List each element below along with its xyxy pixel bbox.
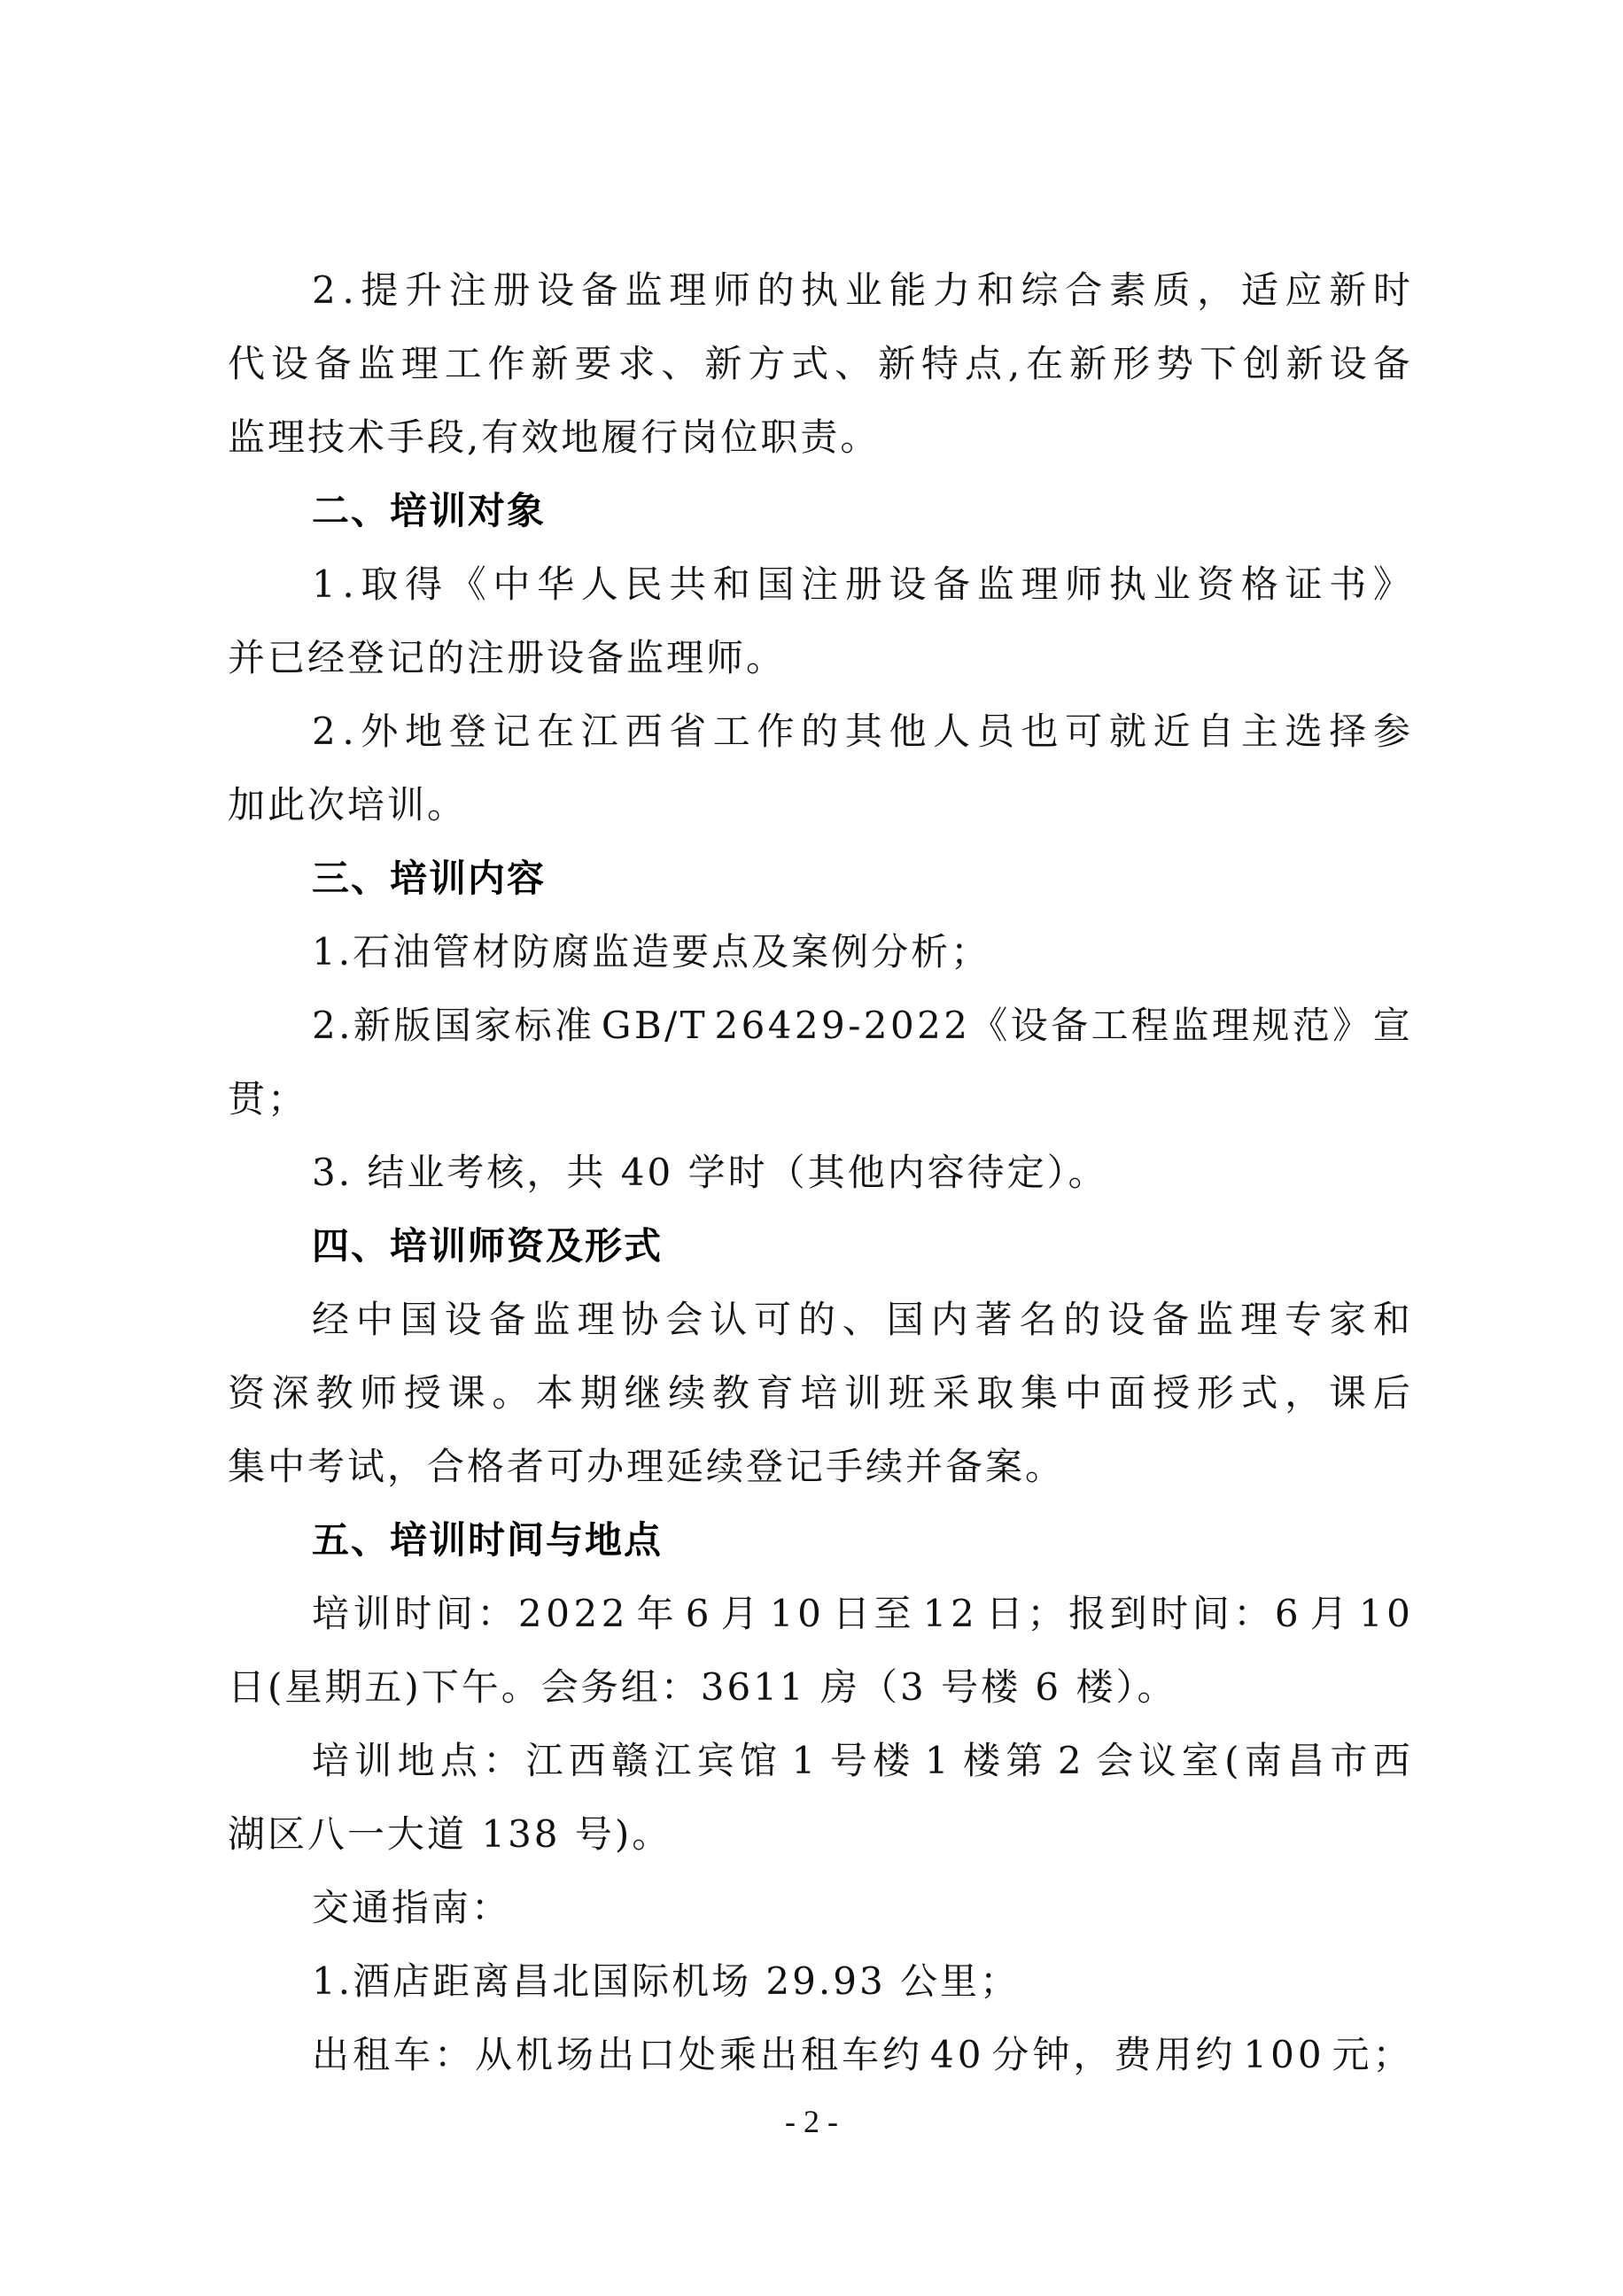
glyph: 专 xyxy=(1285,1295,1322,1345)
glyph: 国 xyxy=(400,1295,438,1345)
glyph xyxy=(1302,1589,1306,1639)
glyph: 备 xyxy=(1373,339,1410,389)
paragraph-line: 集中考试，合格者可办理延续登记手续并备案。 xyxy=(228,1442,1410,1492)
paragraph-line: 并已经登记的注册设备监理师。 xyxy=(228,633,1410,683)
glyph: 也 xyxy=(1021,707,1058,756)
glyph: 省 xyxy=(669,707,706,756)
paragraph-line: 2.提升注册设备监理师的执业能力和综合素质，适应新时 xyxy=(312,266,1410,315)
glyph: 2 xyxy=(312,707,336,756)
glyph: 设 xyxy=(1107,1295,1145,1345)
glyph: ： xyxy=(483,1736,520,1786)
glyph: 0 xyxy=(1386,1589,1410,1639)
glyph: 元 xyxy=(1332,2030,1370,2080)
glyph: 理 xyxy=(577,1295,614,1345)
glyph: 号 xyxy=(830,1736,867,1786)
glyph: 西 xyxy=(569,1736,606,1786)
glyph: 2 xyxy=(312,266,336,315)
glyph: 格 xyxy=(1241,560,1278,609)
paragraph-line: 2.外地登记在江西省工作的其他人员也可就近自主选择参 xyxy=(312,707,1410,756)
glyph: 在 xyxy=(1026,339,1063,389)
glyph: 议 xyxy=(1138,1736,1176,1786)
glyph: 江 xyxy=(581,707,618,756)
glyph: 自 xyxy=(1197,707,1234,756)
section-heading-training-targets: 二、培训对象 xyxy=(312,486,1410,536)
glyph: 9 xyxy=(821,1001,845,1051)
glyph: 设 xyxy=(445,1295,482,1345)
glyph: 设 xyxy=(271,339,308,389)
glyph: 1 xyxy=(925,1736,949,1786)
glyph: 续 xyxy=(668,1369,705,1418)
glyph: 提 xyxy=(361,266,398,315)
paragraph-line: 湖区八一大道 138 号)。 xyxy=(228,1810,1410,1859)
glyph: 第 xyxy=(1006,1736,1043,1786)
glyph: 规 xyxy=(1252,1001,1289,1051)
glyph: 合 xyxy=(1065,266,1102,315)
glyph: 记 xyxy=(493,707,530,756)
glyph: 素 xyxy=(1109,266,1146,315)
glyph: 资 xyxy=(228,1369,265,1418)
glyph: 报 xyxy=(1068,1589,1106,1639)
glyph: ： xyxy=(1233,1589,1270,1639)
glyph: 6 xyxy=(742,1001,765,1051)
glyph: 业 xyxy=(1153,560,1191,609)
glyph: 课 xyxy=(448,1369,485,1418)
glyph: ( xyxy=(1224,1736,1239,1786)
glyph: 版 xyxy=(393,1001,431,1051)
glyph xyxy=(594,1001,598,1051)
glyph: 2 xyxy=(864,1001,888,1051)
section-heading-training-content: 三、培训内容 xyxy=(312,854,1410,904)
paragraph-line: 代设备监理工作新要求、新方式、新特点,在新形势下创新设备 xyxy=(228,339,1410,389)
glyph: 1 xyxy=(312,560,336,609)
glyph: 处 xyxy=(679,2030,716,2080)
glyph: 约 xyxy=(882,2030,920,2080)
glyph: 择 xyxy=(1329,707,1366,756)
glyph: ， xyxy=(1285,1369,1322,1418)
glyph: 取 xyxy=(976,1369,1013,1418)
glyph: 乘 xyxy=(719,2030,757,2080)
glyph: 训 xyxy=(353,1589,391,1639)
glyph xyxy=(1351,1589,1355,1639)
glyph: ； xyxy=(1027,1589,1064,1639)
glyph: 2 xyxy=(951,1589,975,1639)
glyph: 新 xyxy=(353,1001,391,1051)
glyph: 日 xyxy=(833,1589,870,1639)
glyph: / xyxy=(664,1001,677,1051)
glyph: 工 xyxy=(1091,1001,1129,1051)
glyph: 西 xyxy=(625,707,662,756)
glyph: 升 xyxy=(405,266,442,315)
glyph: 人 xyxy=(581,560,618,609)
glyph: 1 xyxy=(1359,1589,1383,1639)
glyph: - xyxy=(848,1001,860,1051)
glyph: 选 xyxy=(1285,707,1323,756)
glyph: 中 xyxy=(493,560,530,609)
glyph: 登 xyxy=(449,707,486,756)
glyph: 授 xyxy=(1153,1369,1190,1418)
glyph: 4 xyxy=(768,1001,792,1051)
glyph: 1 xyxy=(923,1589,947,1639)
glyph: 备 xyxy=(315,339,352,389)
glyph: 理 xyxy=(401,339,439,389)
paragraph-line: 加此次培训。 xyxy=(228,780,1410,830)
glyph: 的 xyxy=(757,266,794,315)
glyph: 著 xyxy=(975,1295,1013,1345)
glyph: 和 xyxy=(713,560,750,609)
section-heading-time-location: 五、培训时间与地点 xyxy=(312,1516,1410,1565)
glyph: 综 xyxy=(1021,266,1058,315)
glyph: 用 xyxy=(1154,2030,1192,2080)
glyph xyxy=(678,1589,681,1639)
glyph: 质 xyxy=(1153,266,1191,315)
glyph: 教 xyxy=(315,1369,353,1418)
glyph: 监 xyxy=(977,560,1014,609)
glyph: 0 xyxy=(797,1589,821,1639)
glyph: 租 xyxy=(353,2030,390,2080)
glyph: . xyxy=(338,1001,350,1051)
paragraph-line: 培训地点：江西赣江宾馆 1 号楼 1 楼第 2 会议室(南昌市西 xyxy=(312,1736,1410,1786)
glyph: 钟 xyxy=(1032,2030,1069,2080)
glyph: 2 xyxy=(518,1589,542,1639)
glyph: G xyxy=(602,1001,632,1051)
glyph: 时 xyxy=(1151,1589,1188,1639)
glyph: 班 xyxy=(889,1369,926,1418)
paragraph-line: 3. 结业考核，共 40 学时（其他内容待定）。 xyxy=(312,1148,1410,1198)
glyph: 中 xyxy=(1065,1369,1102,1418)
paragraph-line: 经中国设备监理协会认可的、国内著名的设备监理专家和 xyxy=(312,1295,1410,1345)
glyph: 得 xyxy=(405,560,442,609)
glyph: 执 xyxy=(1109,560,1146,609)
glyph: 理 xyxy=(669,266,706,315)
glyph: 协 xyxy=(621,1295,658,1345)
glyph: 民 xyxy=(625,560,662,609)
glyph: 外 xyxy=(361,707,398,756)
glyph xyxy=(915,1589,919,1639)
glyph: 员 xyxy=(977,707,1014,756)
paragraph-line: 日(星期五)下午。会务组：3611 房（3 号楼 6 楼）。 xyxy=(228,1663,1410,1712)
glyph: 0 xyxy=(546,1589,570,1639)
glyph: 出 xyxy=(760,2030,797,2080)
glyph: 深 xyxy=(272,1369,309,1418)
glyph: 准 xyxy=(555,1001,592,1051)
glyph: 备 xyxy=(489,1295,526,1345)
glyph: 适 xyxy=(1241,266,1278,315)
glyph: 代 xyxy=(228,339,265,389)
glyph: 册 xyxy=(845,560,882,609)
glyph: 后 xyxy=(1373,1369,1410,1418)
glyph: 监 xyxy=(1196,1295,1233,1345)
glyph: 年 xyxy=(637,1589,674,1639)
glyph: 会 xyxy=(665,1295,703,1345)
glyph: 业 xyxy=(845,266,882,315)
glyph: 作 xyxy=(488,339,525,389)
glyph: 要 xyxy=(575,339,612,389)
glyph: 。 xyxy=(492,1369,529,1418)
glyph: 注 xyxy=(449,266,486,315)
glyph: 理 xyxy=(1212,1001,1249,1051)
glyph: 他 xyxy=(889,707,926,756)
glyph: 创 xyxy=(1243,339,1280,389)
glyph: 2 xyxy=(917,1001,941,1051)
glyph xyxy=(1236,2030,1239,2080)
paragraph-line: 资深教师授课。本期继续教育培训班采取集中面授形式，课后 xyxy=(228,1369,1410,1418)
glyph xyxy=(984,2030,988,2080)
glyph xyxy=(954,1736,958,1786)
glyph: 出 xyxy=(597,2030,634,2080)
glyph: 监 xyxy=(533,1295,571,1345)
glyph: 0 xyxy=(1270,2030,1294,2080)
glyph: 家 xyxy=(474,1001,511,1051)
glyph: 从 xyxy=(475,2030,512,2080)
glyph: 的 xyxy=(1063,1295,1100,1345)
glyph: , xyxy=(1008,339,1020,389)
glyph: 方 xyxy=(748,339,785,389)
glyph: 形 xyxy=(1113,339,1150,389)
glyph: 出 xyxy=(312,2030,349,2080)
glyph xyxy=(1087,1736,1091,1786)
glyph: 会 xyxy=(1096,1736,1133,1786)
glyph: T xyxy=(680,1001,705,1051)
glyph: 师 xyxy=(1065,560,1102,609)
glyph: 设 xyxy=(1011,1001,1048,1051)
glyph: 形 xyxy=(1197,1369,1234,1418)
glyph: 南 xyxy=(1245,1736,1282,1786)
glyph: 理 xyxy=(1021,560,1058,609)
glyph: 就 xyxy=(1109,707,1146,756)
glyph: 间 xyxy=(1192,1589,1230,1639)
glyph: 2 xyxy=(312,1001,336,1051)
glyph: 设 xyxy=(889,560,926,609)
glyph: 、 xyxy=(843,1295,880,1345)
glyph: 工 xyxy=(713,707,750,756)
glyph: 国 xyxy=(434,1001,471,1051)
glyph: 近 xyxy=(1153,707,1191,756)
glyph: 分 xyxy=(991,2030,1029,2080)
glyph: 《 xyxy=(449,560,486,609)
glyph: ， xyxy=(1197,266,1234,315)
glyph: 地 xyxy=(405,707,442,756)
glyph: 程 xyxy=(1131,1001,1169,1051)
glyph: 范 xyxy=(1293,1001,1330,1051)
glyph: 国 xyxy=(757,560,794,609)
glyph: 新 xyxy=(1286,339,1324,389)
glyph: 新 xyxy=(1069,339,1107,389)
glyph: 能 xyxy=(889,266,926,315)
glyph: 师 xyxy=(360,1369,397,1418)
glyph: 育 xyxy=(757,1369,794,1418)
glyph: 册 xyxy=(493,266,530,315)
glyph: 训 xyxy=(844,1369,881,1418)
glyph: 间 xyxy=(436,1589,473,1639)
glyph: 、 xyxy=(661,339,698,389)
glyph: 其 xyxy=(845,707,882,756)
glyph: 求 xyxy=(617,339,655,389)
glyph: 2 xyxy=(795,1001,819,1051)
glyph: 6 xyxy=(686,1589,710,1639)
glyph: 资 xyxy=(1197,560,1234,609)
glyph: 证 xyxy=(1285,560,1323,609)
glyph: 机 xyxy=(516,2030,553,2080)
glyph: 6 xyxy=(1275,1589,1299,1639)
glyph: 式 xyxy=(791,339,828,389)
glyph: 集 xyxy=(1021,1369,1058,1418)
glyph: 课 xyxy=(1329,1369,1366,1418)
glyph xyxy=(821,1736,825,1786)
glyph: 华 xyxy=(537,560,574,609)
glyph: 新 xyxy=(878,339,915,389)
glyph: 市 xyxy=(1330,1736,1367,1786)
glyph: 力 xyxy=(933,266,970,315)
glyph: 执 xyxy=(801,266,838,315)
glyph: 可 xyxy=(754,1295,791,1345)
paragraph-line: 1.取得《中华人民共和国注册设备监理师执业资格证书》 xyxy=(312,560,1410,609)
glyph xyxy=(629,1589,633,1639)
glyph: 0 xyxy=(1298,2030,1322,2080)
glyph: 期 xyxy=(580,1369,617,1418)
glyph xyxy=(1049,1736,1052,1786)
glyph: 经 xyxy=(312,1295,349,1345)
glyph xyxy=(708,1001,711,1051)
glyph: ： xyxy=(434,2030,471,2080)
glyph: 馆 xyxy=(740,1736,777,1786)
glyph: 4 xyxy=(930,2030,954,2080)
glyph: 内 xyxy=(931,1295,968,1345)
glyph: 月 xyxy=(1310,1589,1347,1639)
glyph: 租 xyxy=(801,2030,838,2080)
glyph: 2 xyxy=(714,1001,738,1051)
glyph: 参 xyxy=(1373,707,1410,756)
glyph: 2 xyxy=(944,1001,967,1051)
section-heading-instructors-format: 四、培训师资及形式 xyxy=(312,1222,1410,1271)
glyph: ： xyxy=(477,1589,514,1639)
glyph: 训 xyxy=(354,1736,392,1786)
paragraph-line: 监理技术手段,有效地履行岗位职责。 xyxy=(228,413,1410,462)
glyph: 师 xyxy=(713,266,750,315)
glyph xyxy=(1325,2030,1329,2080)
glyph: 时 xyxy=(1373,266,1410,315)
glyph: 培 xyxy=(800,1369,837,1418)
glyph: ， xyxy=(1073,2030,1110,2080)
document-page: 2.提升注册设备监理师的执业能力和综合素质，适应新时 代设备监理工作新要求、新方… xyxy=(0,0,1623,2296)
glyph: 1 xyxy=(770,1589,794,1639)
glyph: 面 xyxy=(1108,1369,1145,1418)
glyph: 、 xyxy=(835,339,872,389)
glyph: 设 xyxy=(537,266,574,315)
glyph: . xyxy=(342,707,353,756)
glyph: 《 xyxy=(970,1001,1007,1051)
glyph: 应 xyxy=(1285,266,1323,315)
glyph: 》 xyxy=(1332,1001,1370,1051)
glyph: 备 xyxy=(1152,1295,1189,1345)
glyph: 室 xyxy=(1182,1736,1219,1786)
glyph: 赣 xyxy=(611,1736,648,1786)
glyph: 国 xyxy=(887,1295,924,1345)
glyph: 备 xyxy=(1051,1001,1088,1051)
glyph xyxy=(825,1589,828,1639)
glyph: 授 xyxy=(404,1369,441,1418)
glyph: 培 xyxy=(312,1736,349,1786)
glyph: 标 xyxy=(515,1001,552,1051)
glyph: 中 xyxy=(356,1295,393,1345)
glyph xyxy=(923,2030,927,2080)
glyph: . xyxy=(342,560,353,609)
glyph: 点 xyxy=(440,1736,478,1786)
glyph: 江 xyxy=(654,1736,691,1786)
glyph xyxy=(782,1736,786,1786)
glyph xyxy=(915,1736,919,1786)
glyph: 月 xyxy=(721,1589,758,1639)
glyph: 和 xyxy=(977,266,1014,315)
glyph: 书 xyxy=(1329,560,1366,609)
glyph: 至 xyxy=(874,1589,912,1639)
glyph: 楼 xyxy=(963,1736,1000,1786)
glyph: 宾 xyxy=(697,1736,734,1786)
glyph: 的 xyxy=(798,1295,835,1345)
glyph: 监 xyxy=(358,339,395,389)
glyph: 》 xyxy=(1373,560,1410,609)
glyph: 2 xyxy=(602,1589,625,1639)
glyph xyxy=(713,1589,717,1639)
paragraph-line: 出租车：从机场出口处乘出租车约 40 分钟，费用约 100 元； xyxy=(312,2030,1410,2080)
paragraph-line: 2.新版国家标准 GB/T 26429-2022《设备工程监理规范》宣 xyxy=(312,1001,1410,1051)
glyph: 和 xyxy=(1373,1295,1410,1345)
glyph: 认 xyxy=(710,1295,747,1345)
glyph: ； xyxy=(1373,2030,1410,2080)
glyph: 设 xyxy=(1330,339,1367,389)
glyph xyxy=(978,1589,982,1639)
glyph: 采 xyxy=(933,1369,970,1418)
glyph: 日 xyxy=(986,1589,1023,1639)
glyph: 式 xyxy=(1241,1369,1278,1418)
glyph: 0 xyxy=(958,2030,982,2080)
glyph: 1 xyxy=(792,1736,816,1786)
glyph: 时 xyxy=(394,1589,431,1639)
glyph: 车 xyxy=(842,2030,879,2080)
glyph: 昌 xyxy=(1287,1736,1324,1786)
paragraph-line: 贯； xyxy=(228,1074,1410,1124)
glyph: 特 xyxy=(921,339,959,389)
glyph: 势 xyxy=(1156,339,1193,389)
glyph: 楼 xyxy=(873,1736,910,1786)
glyph: 新 xyxy=(704,339,742,389)
glyph: 在 xyxy=(537,707,574,756)
glyph: 理 xyxy=(1240,1295,1277,1345)
paragraph-line: 1.酒店距离昌北国际机场 29.93 公里； xyxy=(312,1957,1410,2006)
glyph: 地 xyxy=(398,1736,435,1786)
glyph: 名 xyxy=(1020,1295,1057,1345)
glyph: 新 xyxy=(532,339,569,389)
glyph: 场 xyxy=(556,2030,594,2080)
glyph: 家 xyxy=(1329,1295,1366,1345)
glyph: 注 xyxy=(801,560,838,609)
glyph: 教 xyxy=(712,1369,749,1418)
glyph: 取 xyxy=(361,560,398,609)
glyph: 江 xyxy=(525,1736,563,1786)
glyph: 车 xyxy=(393,2030,431,2080)
glyph: 2 xyxy=(573,1589,597,1639)
glyph: 监 xyxy=(1171,1001,1208,1051)
glyph: 1 xyxy=(1243,2030,1267,2080)
glyph: 可 xyxy=(1065,707,1102,756)
glyph: B xyxy=(634,1001,662,1051)
glyph: 主 xyxy=(1241,707,1278,756)
paragraph-line: 1.石油管材防腐监造要点及案例分析； xyxy=(312,927,1410,977)
glyph: 监 xyxy=(625,266,662,315)
page-number: - 2 - xyxy=(0,2099,1623,2144)
paragraph-line: 交通指南： xyxy=(312,1883,1410,1933)
glyph: 点 xyxy=(965,339,1002,389)
glyph: 人 xyxy=(933,707,970,756)
